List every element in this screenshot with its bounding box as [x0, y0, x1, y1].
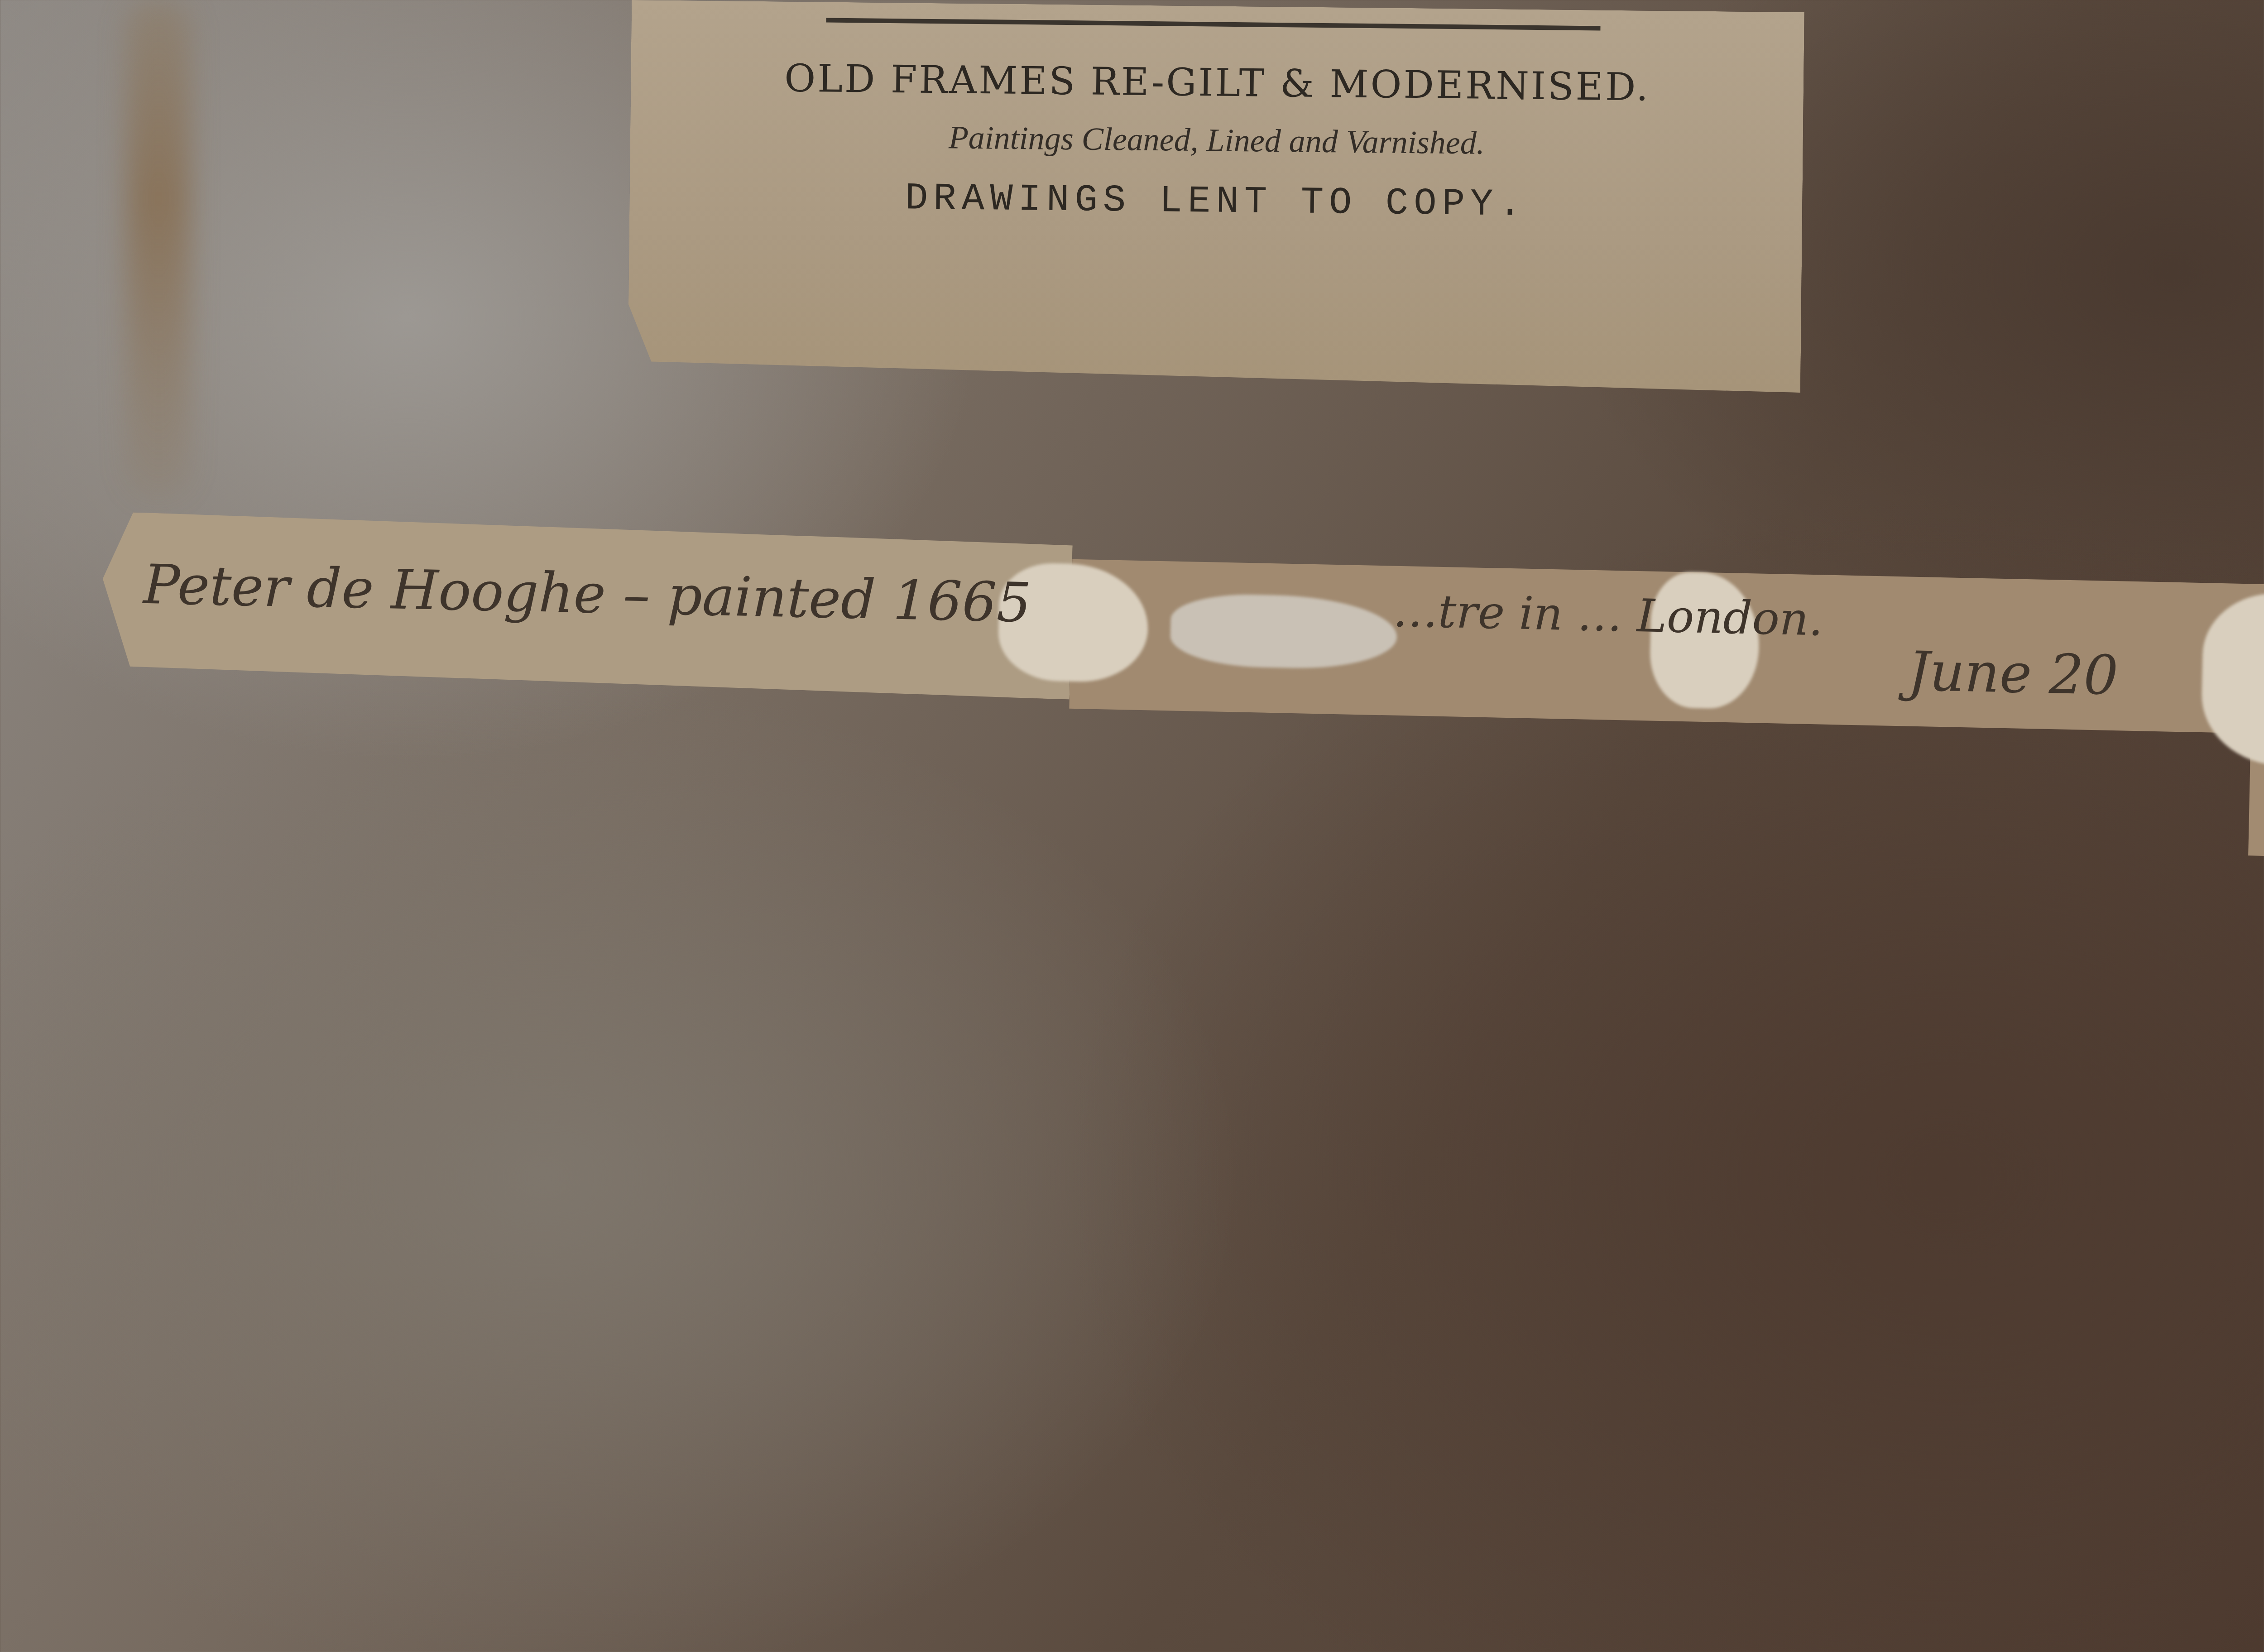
handwriting-date: June 20 — [1907, 640, 2119, 708]
label-line-frames: OLD FRAMES RE-GILT & MODERNISED. — [631, 54, 1804, 111]
label-rule — [826, 18, 1601, 31]
label-line-paintings: Paintings Cleaned, Lined and Varnished. — [630, 115, 1803, 165]
framer-label: OLD FRAMES RE-GILT & MODERNISED. Paintin… — [628, 0, 1804, 393]
handwriting-location: …tre in … London. — [1392, 584, 1824, 646]
water-stain — [127, 0, 190, 498]
handwritten-strip: Peter de Hooghe – painted 1665 …tre in …… — [100, 512, 2264, 760]
backing-board: OLD FRAMES RE-GILT & MODERNISED. Paintin… — [0, 0, 2264, 1652]
label-line-drawings: DRAWINGS LENT TO COPY. — [629, 174, 1803, 230]
